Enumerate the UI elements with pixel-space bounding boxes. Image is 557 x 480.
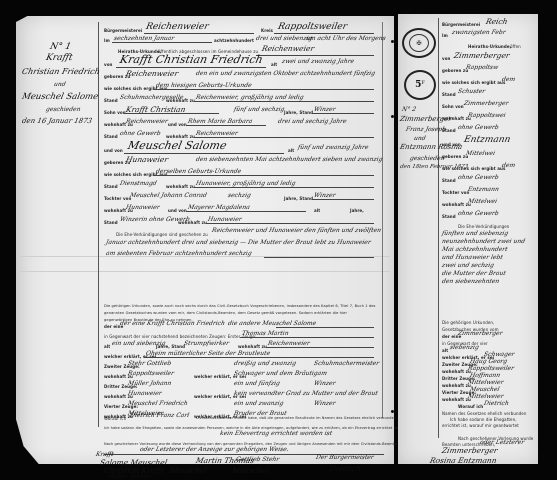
third-witness-rel: kein verwandter Grad zu Mutter und der B… bbox=[233, 390, 378, 397]
groom-mother-stand: ohne Gewerb bbox=[119, 130, 161, 137]
groom-legit-label: wie solches sich ergibt aus bbox=[442, 80, 505, 85]
groom-name: Krafft Christian Friedrich bbox=[119, 53, 264, 66]
eagle-emblem-icon: ✠ bbox=[409, 34, 429, 52]
margin-entry-number: N° 2 bbox=[401, 106, 416, 113]
groom-father: Zimmerberger bbox=[463, 100, 509, 107]
fill-line bbox=[116, 67, 266, 68]
bride-mother-age-suffix: Jahre, bbox=[350, 208, 364, 213]
fee-stamp: 5F bbox=[404, 70, 436, 100]
bride-mother-stand-label: Stand bbox=[104, 220, 118, 225]
groom-mstand: ohne Gewerb bbox=[457, 124, 499, 131]
nb-line-groom: der eine Krafft Christian Friedrich bbox=[119, 320, 225, 327]
bride-father-res: Hunaweier bbox=[125, 204, 160, 211]
left-register-page: N° 1 Krafft Christian Friedrich und Meus… bbox=[16, 16, 394, 464]
signature-6: Meuschel bbox=[169, 466, 208, 475]
bride-age-label: alt bbox=[288, 148, 294, 153]
groom-born: Rappoltsw bbox=[465, 64, 499, 71]
record-title: Heiraths-Urkunde, bbox=[468, 44, 511, 49]
third-witness-age: ein und fünfzig bbox=[233, 380, 280, 387]
bride-father-label: Tochter von bbox=[442, 190, 469, 195]
bride-mother: Mayerer Magdalena bbox=[187, 204, 250, 211]
bride-residence: Hunaweier, großjährig und ledig bbox=[195, 180, 296, 187]
bride-mstand-label: Stand bbox=[442, 214, 456, 219]
fill-line bbox=[206, 223, 374, 224]
nb-line-bride: die andere Meuschel Salome bbox=[227, 320, 317, 327]
fill-line bbox=[144, 357, 374, 358]
bride-legit-label: wie solches sich ergibt aus bbox=[442, 166, 505, 171]
nb-line-groom: Zimmerberger bbox=[457, 330, 503, 337]
third-witness-name: Hoffmann bbox=[469, 372, 501, 379]
first-witness-stand-label: Jahre, Stand bbox=[156, 344, 185, 349]
signature-bride: Rosina Entzmann bbox=[429, 456, 498, 465]
bride-father-stand: Winzer bbox=[313, 192, 336, 199]
second-witness-res: Rappoltsweiler bbox=[127, 370, 174, 377]
groom-legit: dem bbox=[501, 76, 516, 83]
official-seal-stamp: ✠ bbox=[402, 28, 436, 58]
officer-label: Worauf ich bbox=[458, 404, 483, 409]
district-value: Rappoltsweiler bbox=[277, 22, 348, 32]
fourth-witness-age: ein und zwanzig bbox=[233, 400, 284, 407]
right-border-rule bbox=[382, 22, 383, 418]
signature-groom: Zimmerberger bbox=[441, 446, 498, 455]
banns-line-1: fünften und siebenzig bbox=[441, 230, 509, 237]
signature-mayor-title: Der Bürgermeister bbox=[315, 454, 374, 461]
fill-line bbox=[186, 125, 266, 126]
groom-mother: Rhem Marie Barbara bbox=[187, 118, 253, 125]
date-text: zwanzigsten Febr bbox=[451, 29, 506, 36]
fill-line bbox=[194, 137, 374, 138]
margin-rule bbox=[98, 22, 99, 427]
first-witness-age-label: alt bbox=[442, 348, 448, 353]
bride-born-place: Hunaweier bbox=[125, 155, 169, 164]
groom-res-label: wohnhaft zu bbox=[166, 98, 195, 103]
bride-stand-label: Stand bbox=[104, 184, 118, 189]
groom-res: Rappoltswei bbox=[467, 112, 506, 119]
margin-status: geschieden bbox=[45, 106, 81, 113]
first-witness-rel: Oheim mütterlicher Seite der Brautleute bbox=[145, 350, 271, 357]
fill-line bbox=[124, 153, 284, 154]
banns-text-1: Reichenweier und Hunaweier den fünften u… bbox=[211, 227, 381, 234]
signature-5: Gottlieb Stehr bbox=[235, 456, 280, 463]
first-witness-age-label: alt bbox=[104, 344, 110, 349]
groom-mother-stand-label: Stand bbox=[104, 134, 118, 139]
banns-text-2: Januar achtzehnhundert drei und siebenzi… bbox=[105, 239, 371, 246]
fill-line bbox=[266, 347, 374, 348]
first-witness-label: in Gegenwart der vier nachstehend bezeic… bbox=[104, 334, 256, 339]
contract-answer: kein Ehevertrag errichtet worden ist bbox=[219, 430, 332, 437]
banns-line-7: den siebenzehnten bbox=[441, 278, 500, 285]
officer-name: Dietrich Franz Carl bbox=[129, 412, 190, 419]
groom-stand-label: Stand bbox=[104, 98, 118, 103]
third-witness-name: Müller Johann bbox=[127, 380, 172, 387]
groom-mstand-label: Stand bbox=[442, 128, 456, 133]
line2-prefix: Im bbox=[442, 33, 448, 38]
first-witness-res: Reichenweier bbox=[267, 340, 310, 347]
label-municipality: Bürgermeisterei bbox=[442, 22, 480, 27]
fill-line bbox=[154, 175, 374, 176]
groom-mother-label: und von bbox=[168, 122, 187, 127]
fill-line bbox=[124, 113, 219, 114]
bride-name: Meuschel Salome bbox=[127, 139, 228, 152]
witness-intro-1: Die gehörigen Urkunden, bbox=[442, 320, 494, 325]
groom-legit-value: dem hiesigen Geburts-Urkunde bbox=[155, 82, 252, 89]
groom-residence: Reichenweier, großjährig und ledig bbox=[195, 94, 304, 101]
ruled-line bbox=[20, 271, 390, 272]
margin-date: den 16 Januar 1873 bbox=[21, 117, 93, 125]
officer-declaration: Civilstands-Beamter erklärt habe, daß di… bbox=[196, 416, 406, 420]
line2-mid: achtzehnhundert bbox=[214, 38, 254, 43]
bride-res-label: wohnhaft zu bbox=[166, 184, 195, 189]
groom-label: von bbox=[104, 62, 113, 67]
groom-father-age: fünf und sechzig bbox=[233, 106, 285, 113]
bride-mother-res-label: wohnhaft zu bbox=[178, 220, 207, 225]
banns-line-4: und Hunaweier lebt bbox=[441, 254, 503, 261]
fourth-witness-name: Meuschel bbox=[469, 386, 500, 393]
binding-hole bbox=[391, 40, 394, 43]
bride-legit: dem bbox=[501, 162, 516, 169]
bride-mother-age-label: alt bbox=[314, 208, 320, 213]
label-district: Kreis bbox=[261, 28, 273, 33]
groom-father-stand: Winzer bbox=[313, 106, 336, 113]
bride-legit-value: derselben Geburts-Urkunde bbox=[155, 168, 242, 175]
margin-groom-given: Franz Joseph bbox=[405, 126, 446, 133]
time-text: um acht Uhr des Morgens bbox=[305, 35, 386, 42]
groom-father-stand-label: Jahre, Stand bbox=[284, 110, 313, 115]
bride-stand: ohne Gewerb bbox=[457, 174, 499, 181]
banns-text-3: am siebenten Februar achtzehnhundert sec… bbox=[105, 250, 252, 257]
margin-conjunction: und bbox=[413, 135, 426, 142]
fill-line bbox=[194, 187, 374, 188]
banns-line-6: die Mutter der Braut bbox=[441, 270, 506, 277]
signature-8: Meuschel bbox=[231, 466, 270, 475]
groom-age-label: alt bbox=[271, 62, 277, 67]
groom-born-date: den ein und zwanzigsten Oktober achtzehn… bbox=[195, 70, 376, 77]
closing-2: Ich habe sodann die Ehegatten, bbox=[450, 417, 517, 422]
fourth-witness-res: Mittelweier bbox=[467, 393, 504, 400]
first-witness-res-label: wohnhaft zu bbox=[238, 344, 267, 349]
closing-5-value: oder Letzterer bbox=[479, 439, 525, 446]
margin-entry-number: N° 1 bbox=[49, 42, 72, 52]
margin-groom-surname: Krafft bbox=[45, 53, 74, 63]
bride-father-stand-label: Jahre, Stand bbox=[284, 196, 313, 201]
fill-line bbox=[144, 33, 254, 34]
bride-born-date: den siebenzehnten Mai achtzehnhundert si… bbox=[195, 156, 383, 163]
fill-line bbox=[312, 113, 374, 114]
line2-prefix: Im bbox=[104, 38, 110, 43]
first-witness-rel: Schwager bbox=[483, 351, 515, 358]
banns-line-2: neunzehnhundert zwei und bbox=[441, 238, 525, 245]
bride-mother-res: Hunaweier bbox=[207, 216, 242, 223]
groom-stand: Schuster bbox=[457, 88, 486, 95]
bride-father: Meuschel Johann Conrad bbox=[129, 192, 207, 199]
officer-name: Dietrich bbox=[483, 400, 509, 407]
closing-1: Namen des Gesetzes ehelich verbunden bbox=[442, 411, 526, 416]
third-witness-stand: Winzer bbox=[313, 380, 336, 387]
margin-conjunction: und bbox=[53, 81, 66, 88]
signature-1: Krafft bbox=[95, 451, 114, 458]
ceremony-place: Reichenweier bbox=[261, 44, 315, 53]
banns-line-3: Mai achtzehnhundert bbox=[441, 246, 508, 253]
groom-name: Zimmerberger bbox=[453, 51, 510, 60]
fourth-witness-stand: Winzer bbox=[313, 400, 336, 407]
bride-mstand: ohne Gewerb bbox=[457, 210, 499, 217]
groom-father-res: Reichenweier bbox=[125, 118, 168, 125]
bride-stand: Dienstmagd bbox=[119, 180, 157, 187]
bride-stand-label: Stand bbox=[442, 178, 456, 183]
fill-line bbox=[312, 199, 374, 200]
margin-bride-name: Meuschel Salome bbox=[21, 92, 99, 102]
groom-mother-res: Reichenweier bbox=[195, 130, 238, 137]
officer-label: Worauf ich bbox=[104, 416, 126, 421]
fill-line bbox=[186, 211, 306, 212]
second-witness-rel: Schwager und dem Bräutigam bbox=[233, 370, 327, 377]
third-witness-res: Hunaweier bbox=[127, 390, 162, 397]
groom-father-label: Sohn von bbox=[104, 110, 126, 115]
fee-suffix: F bbox=[421, 80, 424, 86]
binding-hole bbox=[391, 115, 394, 118]
groom-born-place: Reichenweier bbox=[125, 69, 179, 78]
margin-groom-given: Christian Friedrich bbox=[21, 67, 101, 76]
municipality-value: Reichenweier bbox=[145, 22, 210, 32]
bride-mother-label: und von bbox=[168, 208, 187, 213]
fill-line bbox=[274, 33, 374, 34]
fill-line bbox=[256, 55, 374, 56]
fill-line bbox=[276, 327, 374, 328]
closing-3: errichtet ist, worauf mir geantwortet bbox=[442, 423, 519, 428]
fill-line bbox=[194, 101, 374, 102]
margin-rule bbox=[438, 18, 439, 438]
bride-father-label: Tochter von bbox=[104, 196, 131, 201]
banns-label: Die Ehe-Verkündigungen sind geschehen zu bbox=[116, 232, 208, 237]
second-witness-name: Haug Georg bbox=[469, 358, 508, 365]
groom-age: zwei und zwanzig Jahre bbox=[281, 58, 354, 65]
municipality-value: Reich bbox=[485, 17, 508, 26]
groom-father-label: Sohn von bbox=[442, 104, 464, 109]
bride-label: und von bbox=[442, 142, 461, 147]
groom-stand-label: Stand bbox=[442, 92, 456, 97]
second-witness-stand: Schuhmachermeister bbox=[313, 360, 380, 367]
first-witness-name: Thomas Martin bbox=[241, 330, 289, 337]
record-title-rest: öffen bbox=[510, 44, 521, 49]
signature-7: Müller Johann bbox=[107, 473, 152, 480]
second-witness-name: Stehr Gottlieb bbox=[127, 360, 172, 367]
signature-mayor: Dietrich bbox=[329, 464, 362, 473]
bride-res: Mittelwei bbox=[467, 198, 497, 205]
bride-born: Mittelwei bbox=[465, 150, 495, 157]
first-witness-stand: Strumpfwirker bbox=[183, 340, 229, 347]
bride-father-age: sechzig bbox=[227, 192, 251, 199]
fill-line bbox=[240, 337, 374, 338]
fill-line bbox=[112, 42, 212, 43]
bride-age: fünf und zwanzig Jahre bbox=[297, 144, 369, 151]
first-witness-age: siebenzig bbox=[449, 344, 479, 351]
date-text: sechzehnten Januar bbox=[113, 35, 175, 42]
groom-mother-age: drei und sechzig Jahre bbox=[277, 118, 347, 125]
groom-label: von bbox=[442, 56, 451, 61]
third-witness-res: Mittelweier bbox=[467, 379, 504, 386]
banns-label: Die Ehe-Verkündigungen bbox=[458, 224, 509, 229]
second-witness-res: Rappoltsweiler bbox=[467, 365, 514, 372]
banns-line-5: zwei und sechzig bbox=[441, 262, 494, 269]
bride-label: und von bbox=[104, 148, 123, 153]
margin-status: geschieden bbox=[409, 155, 445, 162]
bride-father: Entzmann bbox=[467, 186, 499, 193]
right-register-page: ✠ 5F N° 2 Zimmerberger Franz Joseph und … bbox=[398, 14, 538, 464]
second-witness-age: dreißig und zwanzig bbox=[233, 360, 296, 367]
fill-line bbox=[154, 89, 374, 90]
fill-line bbox=[264, 257, 374, 258]
bride-name: Entzmann bbox=[463, 135, 511, 145]
label-municipality: Bürgermeisterei bbox=[104, 28, 142, 33]
binding-hole bbox=[391, 410, 394, 413]
closing-value: oder Letzterer der Anzeige zur gehörigen… bbox=[139, 446, 289, 453]
fourth-witness-name: Meuschel Friedrich bbox=[127, 400, 188, 407]
